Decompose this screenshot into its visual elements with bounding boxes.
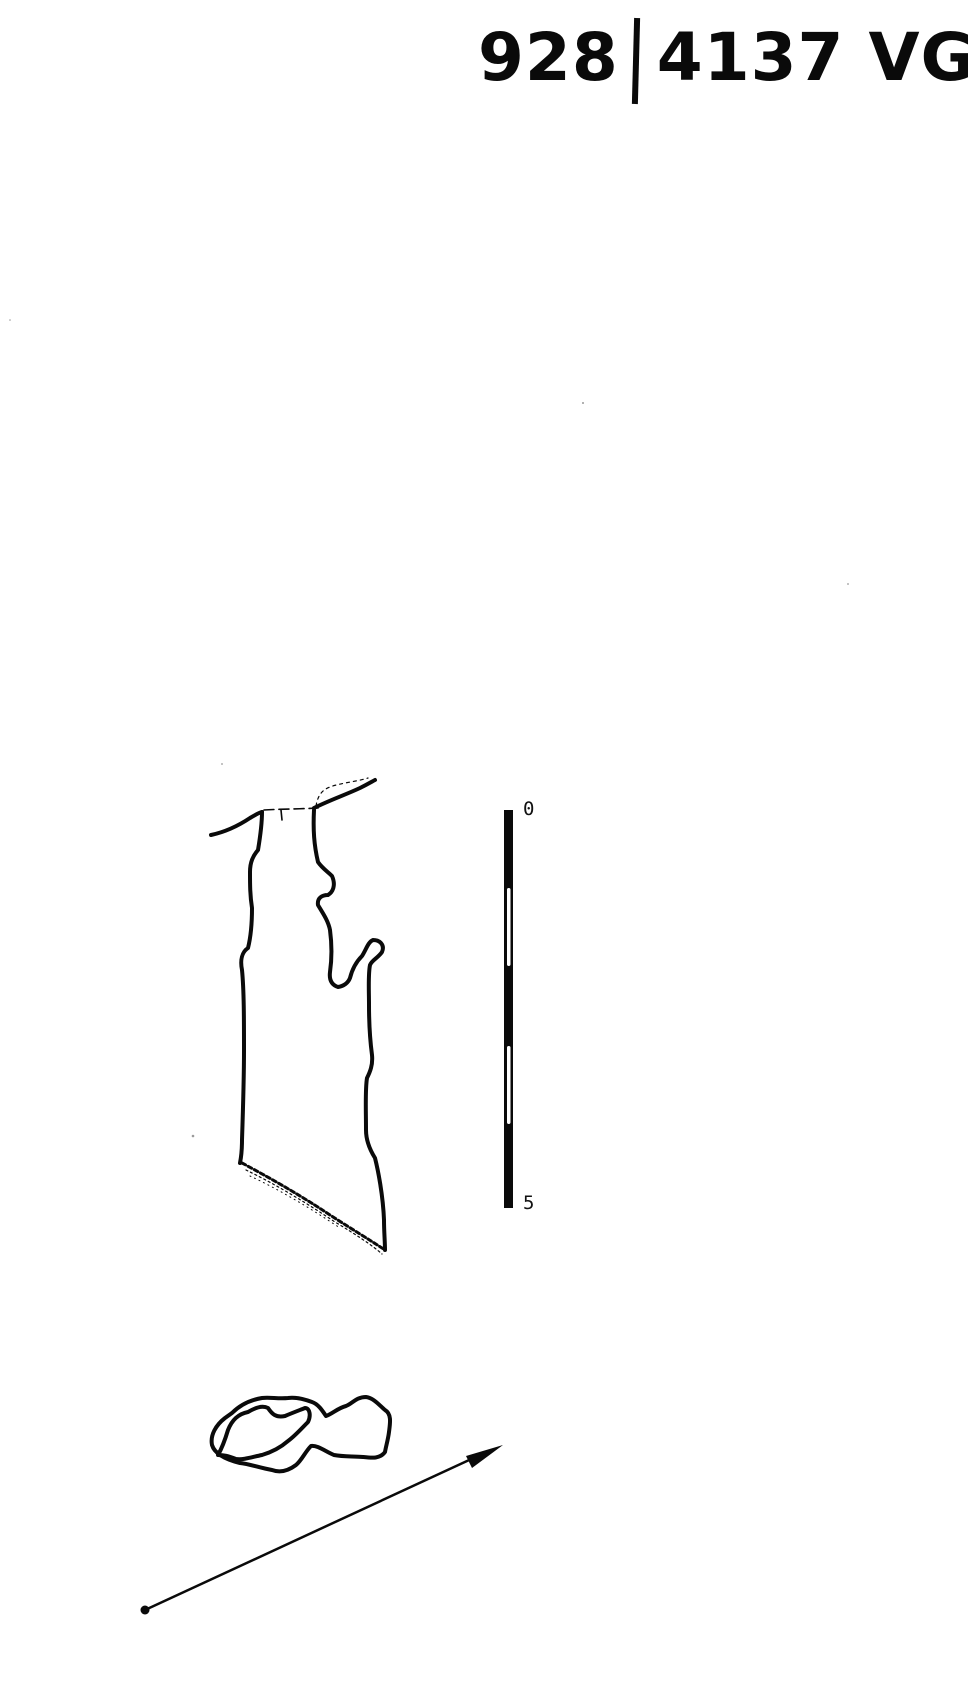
- sherd-cross-section: [212, 1397, 390, 1471]
- scale-bar-gap-1: [507, 888, 511, 966]
- direction-arrow: [141, 1445, 504, 1615]
- scale-end-label: 5: [523, 1192, 534, 1214]
- scale-bar-track: [504, 810, 513, 1208]
- paper-specks: [9, 319, 849, 1137]
- sherd-profile-drawing: [211, 778, 385, 1254]
- drawing-canvas: [0, 0, 968, 1691]
- scale-bar-gap-2: [507, 1046, 511, 1124]
- scale-start-label: 0: [523, 798, 534, 820]
- scale-bar: [504, 810, 513, 1208]
- arrow-origin-dot: [141, 1606, 150, 1615]
- arrow-head-icon: [466, 1445, 503, 1468]
